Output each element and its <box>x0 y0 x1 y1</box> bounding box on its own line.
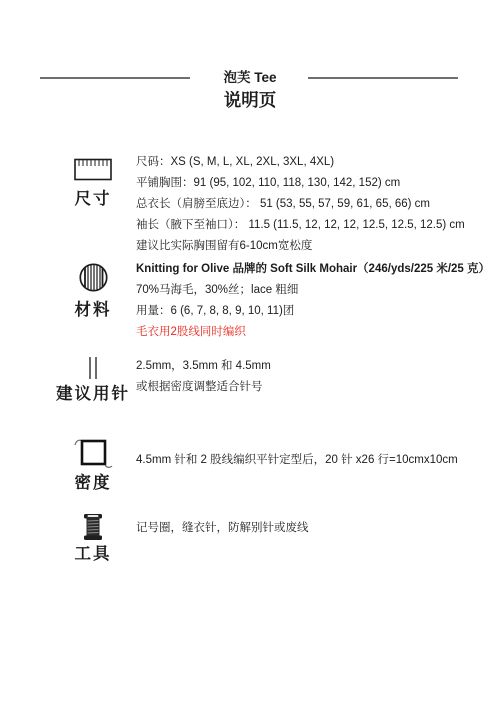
section-gauge-heading: 密度 <box>50 437 136 494</box>
section-label: 密度 <box>75 472 112 494</box>
section-label: 建议用针 <box>56 383 130 405</box>
text-line-emphasis: 毛衣用2股线同时编织 <box>136 322 490 343</box>
section-materials: 材料 Knitting for Olive 品牌的 Soft Silk Moha… <box>0 259 500 343</box>
header-rule-right <box>308 77 458 79</box>
text-line: Knitting for Olive 品牌的 Soft Silk Mohair（… <box>136 259 490 280</box>
text-line: 记号圈，缝衣针，防解别针或废线 <box>136 518 466 539</box>
section-tools-heading: 工具 <box>50 513 136 565</box>
section-label: 材料 <box>75 299 112 321</box>
ruler-icon <box>74 158 112 181</box>
sections-container: 尺寸 尺码：XS (S, M, L, XL, 2XL, 3XL, 4XL) 平铺… <box>0 152 500 565</box>
section-size-text: 尺码：XS (S, M, L, XL, 2XL, 3XL, 4XL) 平铺胸围：… <box>136 152 500 257</box>
section-tools-text: 记号圈，缝衣针，防解别针或废线 <box>136 513 500 539</box>
thread-spool-icon <box>81 513 105 541</box>
section-label: 尺寸 <box>75 188 112 210</box>
section-size-heading: 尺寸 <box>50 152 136 210</box>
section-needles-heading: 建议用针 <box>50 356 136 405</box>
text-line: 70%马海毛，30%丝；lace 粗细 <box>136 280 490 301</box>
section-needles-text: 2.5mm，3.5mm 和 4.5mm 或根据密度调整适合针号 <box>136 356 500 398</box>
page-header: 泡芙 Tee 说明页 <box>0 70 500 120</box>
text-line: 2.5mm，3.5mm 和 4.5mm <box>136 356 466 377</box>
text-line: 建议比实际胸围留有6-10cm宽松度 <box>136 236 466 257</box>
header-rule-left <box>40 77 190 79</box>
text-line: 用量：6 (6, 7, 8, 8, 9, 10, 11)团 <box>136 301 490 322</box>
gauge-swatch-icon <box>72 437 114 470</box>
section-materials-text: Knitting for Olive 品牌的 Soft Silk Mohair（… <box>136 259 500 343</box>
text-line: 尺码：XS (S, M, L, XL, 2XL, 3XL, 4XL) <box>136 152 466 173</box>
section-needles: 建议用针 2.5mm，3.5mm 和 4.5mm 或根据密度调整适合针号 <box>0 356 500 420</box>
text-line: 平铺胸围：91 (95, 102, 110, 118, 130, 142, 15… <box>136 173 466 194</box>
pattern-info-page: 泡芙 Tee 说明页 <box>0 0 500 701</box>
section-gauge-text: 4.5mm 针和 2 股线编织平针定型后，20 针 x26 行=10cmx10c… <box>136 437 500 471</box>
text-line: 袖长（腋下至袖口）： 11.5 (11.5, 12, 12, 12, 12.5,… <box>136 215 466 236</box>
section-tools: 工具 记号圈，缝衣针，防解别针或废线 <box>0 513 500 565</box>
section-gauge: 密度 4.5mm 针和 2 股线编织平针定型后，20 针 x26 行=10cmx… <box>0 437 500 503</box>
knitting-needles-icon <box>85 356 101 380</box>
section-materials-heading: 材料 <box>50 259 136 321</box>
text-line: 或根据密度调整适合针号 <box>136 377 466 398</box>
section-size: 尺寸 尺码：XS (S, M, L, XL, 2XL, 3XL, 4XL) 平铺… <box>0 152 500 257</box>
yarn-ball-icon <box>78 262 109 293</box>
section-label: 工具 <box>75 543 112 565</box>
text-line: 总衣长（肩膀至底边）： 51 (53, 55, 57, 59, 61, 65, … <box>136 194 466 215</box>
page-subtitle: 说明页 <box>0 89 500 111</box>
text-line: 4.5mm 针和 2 股线编织平针定型后，20 针 x26 行=10cmx10c… <box>136 450 466 471</box>
